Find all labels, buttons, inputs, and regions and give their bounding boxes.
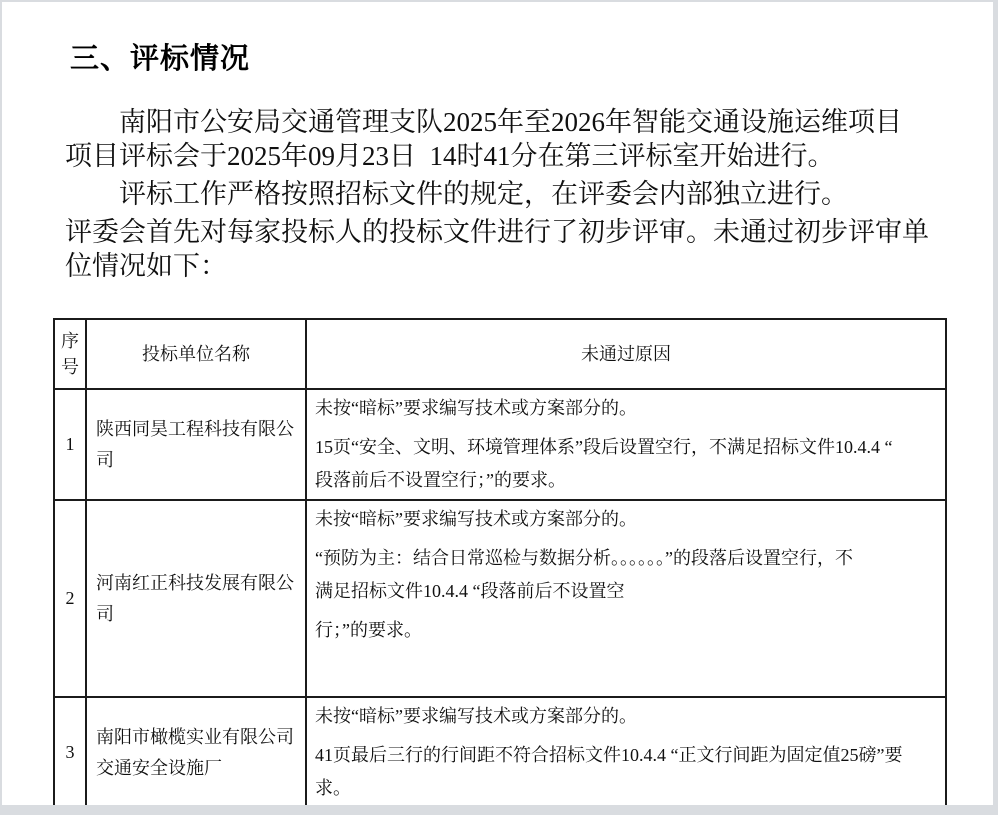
reason-paragraph: 15页“安全、文明、环境管理体系”段后设置空行，不满足招标文件10.4.4 “ … xyxy=(315,431,937,497)
header-bidder-name: 投标单位名称 xyxy=(86,319,306,389)
section-title: 三、评标情况 xyxy=(70,42,993,77)
evaluation-table: 序 号 投标单位名称 未通过原因 1 陕西同昊工程科技有限公 司 未按“暗标”要… xyxy=(53,318,947,805)
paragraph-procedure: 评标工作严格按照招标文件的规定，在评委会内部独立进行。 xyxy=(65,177,973,211)
paragraph-meeting-info: 南阳市公安局交通管理支队2025年至2026年智能交通设施运维项目 项目评标会于… xyxy=(65,105,973,173)
serial-cell: 2 xyxy=(54,500,86,697)
reason-cell: 未按“暗标”要求编写技术或方案部分的。 41页最后三行的行间距不符合招标文件10… xyxy=(306,697,946,805)
reason-paragraph: 41页最后三行的行间距不符合招标文件10.4.4 “正文行间距为固定值25磅”要… xyxy=(315,739,937,805)
bidder-cell: 河南红正科技发展有限公 司 xyxy=(86,500,306,697)
reason-paragraph: 行；”的要求。 xyxy=(315,614,937,647)
paragraph-preliminary-review: 评委会首先对每家投标人的投标文件进行了初步评审。未通过初步评审单 位情况如下： xyxy=(65,215,973,283)
table-header-row: 序 号 投标单位名称 未通过原因 xyxy=(54,319,946,389)
header-serial-number: 序 号 xyxy=(54,319,86,389)
scan-background: 三、评标情况 南阳市公安局交通管理支队2025年至2026年智能交通设施运维项目… xyxy=(0,0,998,815)
body-text: 南阳市公安局交通管理支队2025年至2026年智能交通设施运维项目 项目评标会于… xyxy=(65,105,973,283)
table-row: 3 南阳市橄榄实业有限公司 交通安全设施厂 未按“暗标”要求编写技术或方案部分的… xyxy=(54,697,946,805)
document-page: 三、评标情况 南阳市公安局交通管理支队2025年至2026年智能交通设施运维项目… xyxy=(2,2,993,805)
reason-cell: 未按“暗标”要求编写技术或方案部分的。 “预防为主：结合日常巡检与数据分析。。。… xyxy=(306,500,946,697)
table-row: 1 陕西同昊工程科技有限公 司 未按“暗标”要求编写技术或方案部分的。 15页“… xyxy=(54,389,946,500)
bidder-cell: 陕西同昊工程科技有限公 司 xyxy=(86,389,306,500)
reason-paragraph: 未按“暗标”要求编写技术或方案部分的。 xyxy=(315,503,937,536)
serial-cell: 3 xyxy=(54,697,86,805)
reason-paragraph: 未按“暗标”要求编写技术或方案部分的。 xyxy=(315,700,937,733)
reason-paragraph: 未按“暗标”要求编写技术或方案部分的。 xyxy=(315,392,937,425)
reason-paragraph: “预防为主：结合日常巡检与数据分析。。。。。。”的段落后设置空行，不 满足招标文… xyxy=(315,542,937,608)
reason-cell: 未按“暗标”要求编写技术或方案部分的。 15页“安全、文明、环境管理体系”段后设… xyxy=(306,389,946,500)
header-fail-reason: 未通过原因 xyxy=(306,319,946,389)
bidder-cell: 南阳市橄榄实业有限公司 交通安全设施厂 xyxy=(86,697,306,805)
table-row: 2 河南红正科技发展有限公 司 未按“暗标”要求编写技术或方案部分的。 “预防为… xyxy=(54,500,946,697)
serial-cell: 1 xyxy=(54,389,86,500)
